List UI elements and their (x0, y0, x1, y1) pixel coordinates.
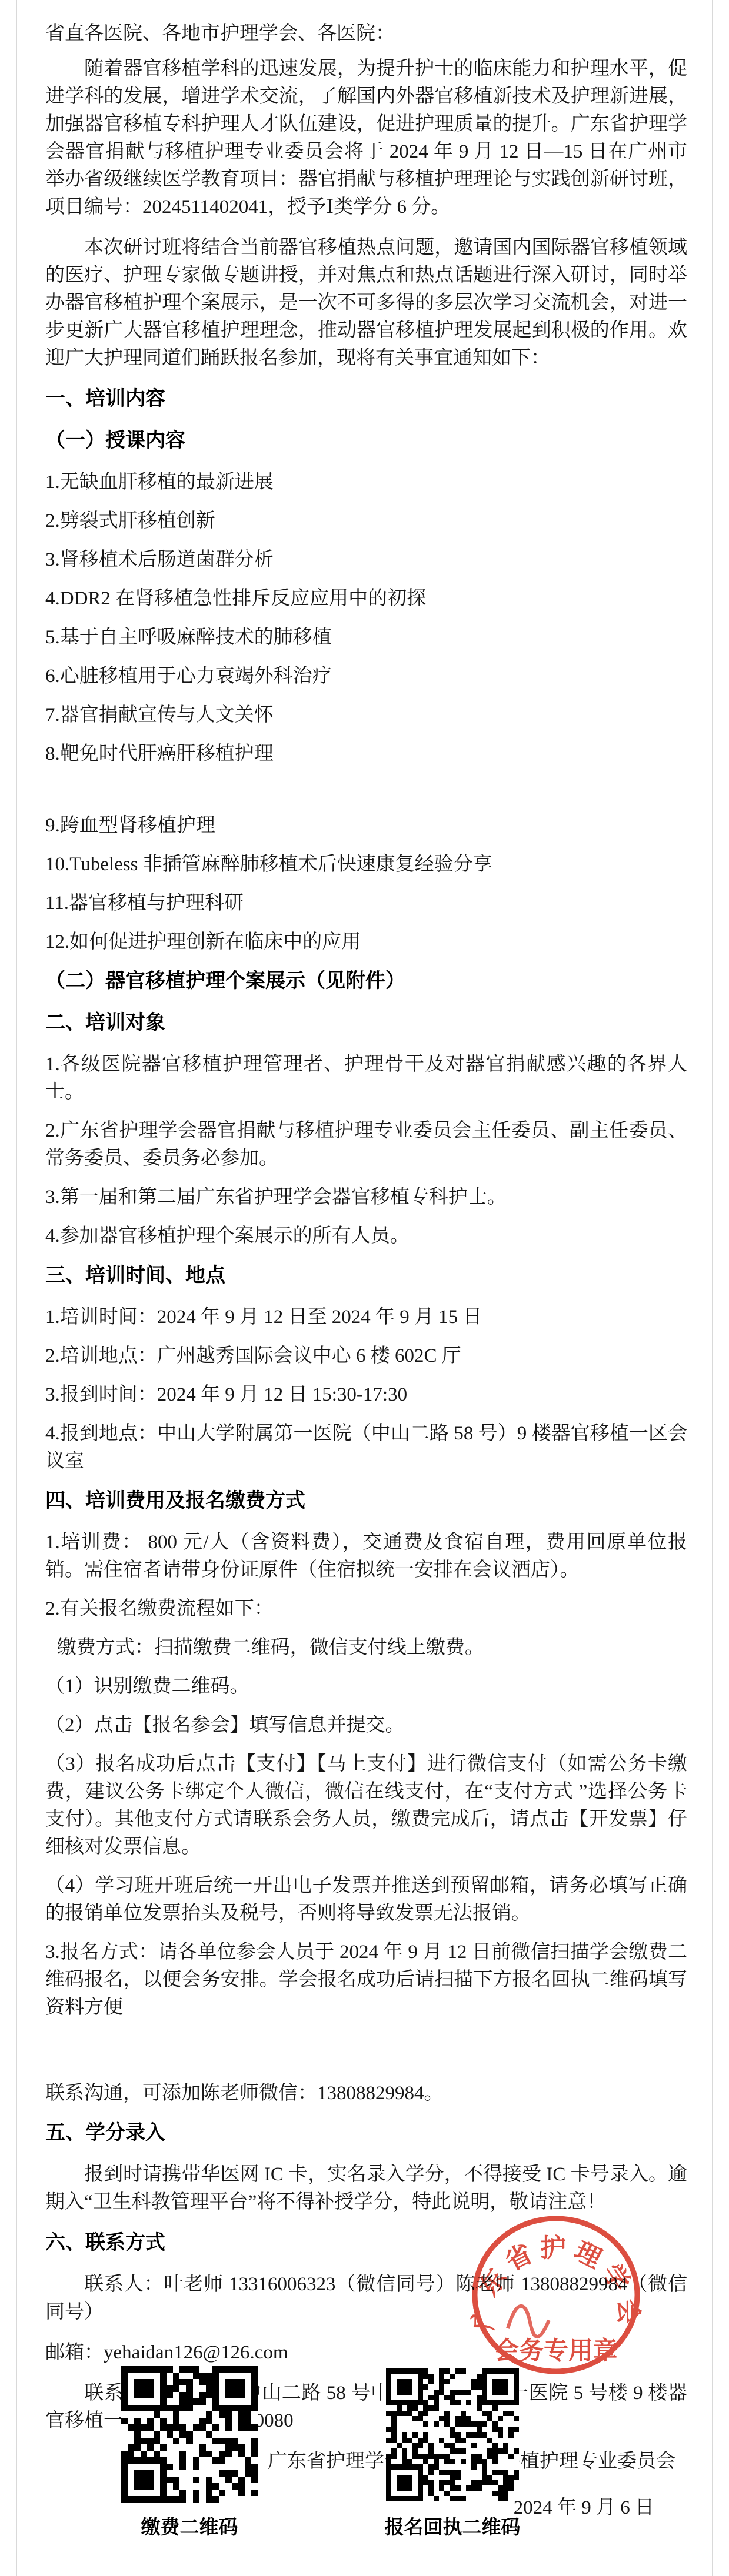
process-item: 2.有关报名缴费流程如下： (45, 1595, 687, 1623)
payment-qr-code (121, 2366, 258, 2503)
section-6-title: 六、联系方式 (45, 2229, 687, 2257)
lecture-item-8: 8.靶免时代肝癌肝移植护理 (45, 740, 687, 768)
intro-paragraph-1: 随着器官移植学科的迅速发展，为提升护士的临床能力和护理水平，促进学科的发展，增进… (45, 55, 687, 221)
trainee-item-3: 3.第一届和第二届广东省护理学会器官移植专科护士。 (45, 1184, 687, 1211)
document-sheet: 省直各医院、各地市护理学会、各医院： 随着器官移植学科的迅速发展，为提升护士的临… (16, 0, 713, 2576)
schedule-item-3: 3.报到时间：2024 年 9 月 12 日 15:30-17:30 (45, 1381, 687, 1409)
registration-receipt-qr-code (386, 2368, 519, 2501)
credit-entry-paragraph: 报到时请携带华医网 IC 卡，实名录入学分，不得接受 IC 卡号录入。逾期入“卫… (45, 2161, 687, 2216)
trainee-item-4: 4.参加器官移植护理个案展示的所有人员。 (45, 1222, 687, 1250)
signup-item: 3.报名方式：请各单位参会人员于 2024 年 9 月 12 日前微信扫描学会缴… (45, 1939, 687, 2022)
lecture-item-4: 4.DDR2 在肾移植急性排斥反应应用中的初探 (45, 585, 687, 613)
pay-step-3: （3）报名成功后点击【支付】【马上支付】进行微信支付（如需公务卡缴费，建议公务卡… (45, 1750, 687, 1861)
lecture-item-11: 11.器官移植与护理科研 (45, 890, 687, 917)
section-1-sub-2-title: （二）器官移植护理个案展示（见附件） (45, 967, 687, 995)
section-1-sub-1-title: （一）授课内容 (45, 427, 687, 455)
pay-step-4: （4）学习班开班后统一开出电子发票并推送到预留邮箱，请务必填写正确的报销单位发票… (45, 1872, 687, 1927)
pay-step-2: （2）点击【报名参会】填写信息并提交。 (45, 1712, 687, 1739)
signup-item-continued: 联系沟通，可添加陈老师微信：13808829984。 (45, 2080, 687, 2107)
schedule-item-4: 4.报到地点：中山大学附属第一医院（中山二路 58 号）9 楼器官移植一区会议室 (45, 1420, 687, 1475)
lecture-item-9: 9.跨血型肾移植护理 (45, 812, 687, 840)
lecture-item-7: 7.器官捐献宣传与人文关怀 (45, 701, 687, 729)
trainee-item-2: 2.广东省护理学会器官捐献与移植护理专业委员会主任委员、副主任委员、常务委员、委… (45, 1117, 687, 1172)
page-break-gap (45, 779, 687, 812)
fee-item: 1.培训费： 800 元/人（含资料费），交通费及食宿自理，费用回原单位报销。需… (45, 1529, 687, 1584)
registration-receipt-qr-label: 报名回执二维码 (362, 2512, 542, 2540)
intro-paragraph-2: 本次研讨班将结合当前器官移植热点问题，邀请国内国际器官移植领域的医疗、护理专家做… (45, 234, 687, 372)
contact-line: 联系人：叶老师 13316006323（微信同号）陈老师 13808829984… (45, 2271, 687, 2326)
section-3-title: 三、培训时间、地点 (45, 1262, 687, 1289)
lecture-item-6: 6.心脏移植用于心力衰竭外科治疗 (45, 663, 687, 690)
section-5-title: 五、学分录入 (45, 2119, 687, 2147)
page-break-gap (45, 2033, 687, 2080)
schedule-item-1: 1.培训时间：2024 年 9 月 12 日至 2024 年 9 月 15 日 (45, 1304, 687, 1331)
salutation: 省直各医院、各地市护理学会、各医院： (45, 20, 687, 48)
notice-document-page: 省直各医院、各地市护理学会、各医院： 随着器官移植学科的迅速发展，为提升护士的临… (0, 0, 729, 2576)
lecture-item-3: 3.肾移植术后肠道菌群分析 (45, 546, 687, 574)
section-2-title: 二、培训对象 (45, 1009, 687, 1037)
section-1-title: 一、培训内容 (45, 385, 687, 413)
schedule-item-2: 2.培训地点：广州越秀国际会议中心 6 楼 602C 厅 (45, 1342, 687, 1370)
pay-method-line: 缴费方式：扫描缴费二维码，微信支付线上缴费。 (45, 1634, 687, 1662)
lecture-item-5: 5.基于自主呼吸麻醉技术的肺移植 (45, 624, 687, 651)
lecture-item-2: 2.劈裂式肝移植创新 (45, 507, 687, 535)
pay-step-1: （1）识别缴费二维码。 (45, 1673, 687, 1700)
email-line: 邮箱：yehaidan126@126.com (45, 2339, 687, 2367)
trainee-item-1: 1.各级医院器官移植护理管理者、护理骨干及对器官捐献感兴趣的各界人士。 (45, 1051, 687, 1106)
payment-qr-label: 缴费二维码 (115, 2512, 264, 2540)
lecture-item-10: 10.Tubeless 非插管麻醉肺移植术后快速康复经验分享 (45, 851, 687, 878)
lecture-item-12: 12.如何促进护理创新在临床中的应用 (45, 928, 687, 956)
section-4-title: 四、培训费用及报名缴费方式 (45, 1487, 687, 1515)
lecture-item-1: 1.无缺血肝移植的最新进展 (45, 469, 687, 496)
